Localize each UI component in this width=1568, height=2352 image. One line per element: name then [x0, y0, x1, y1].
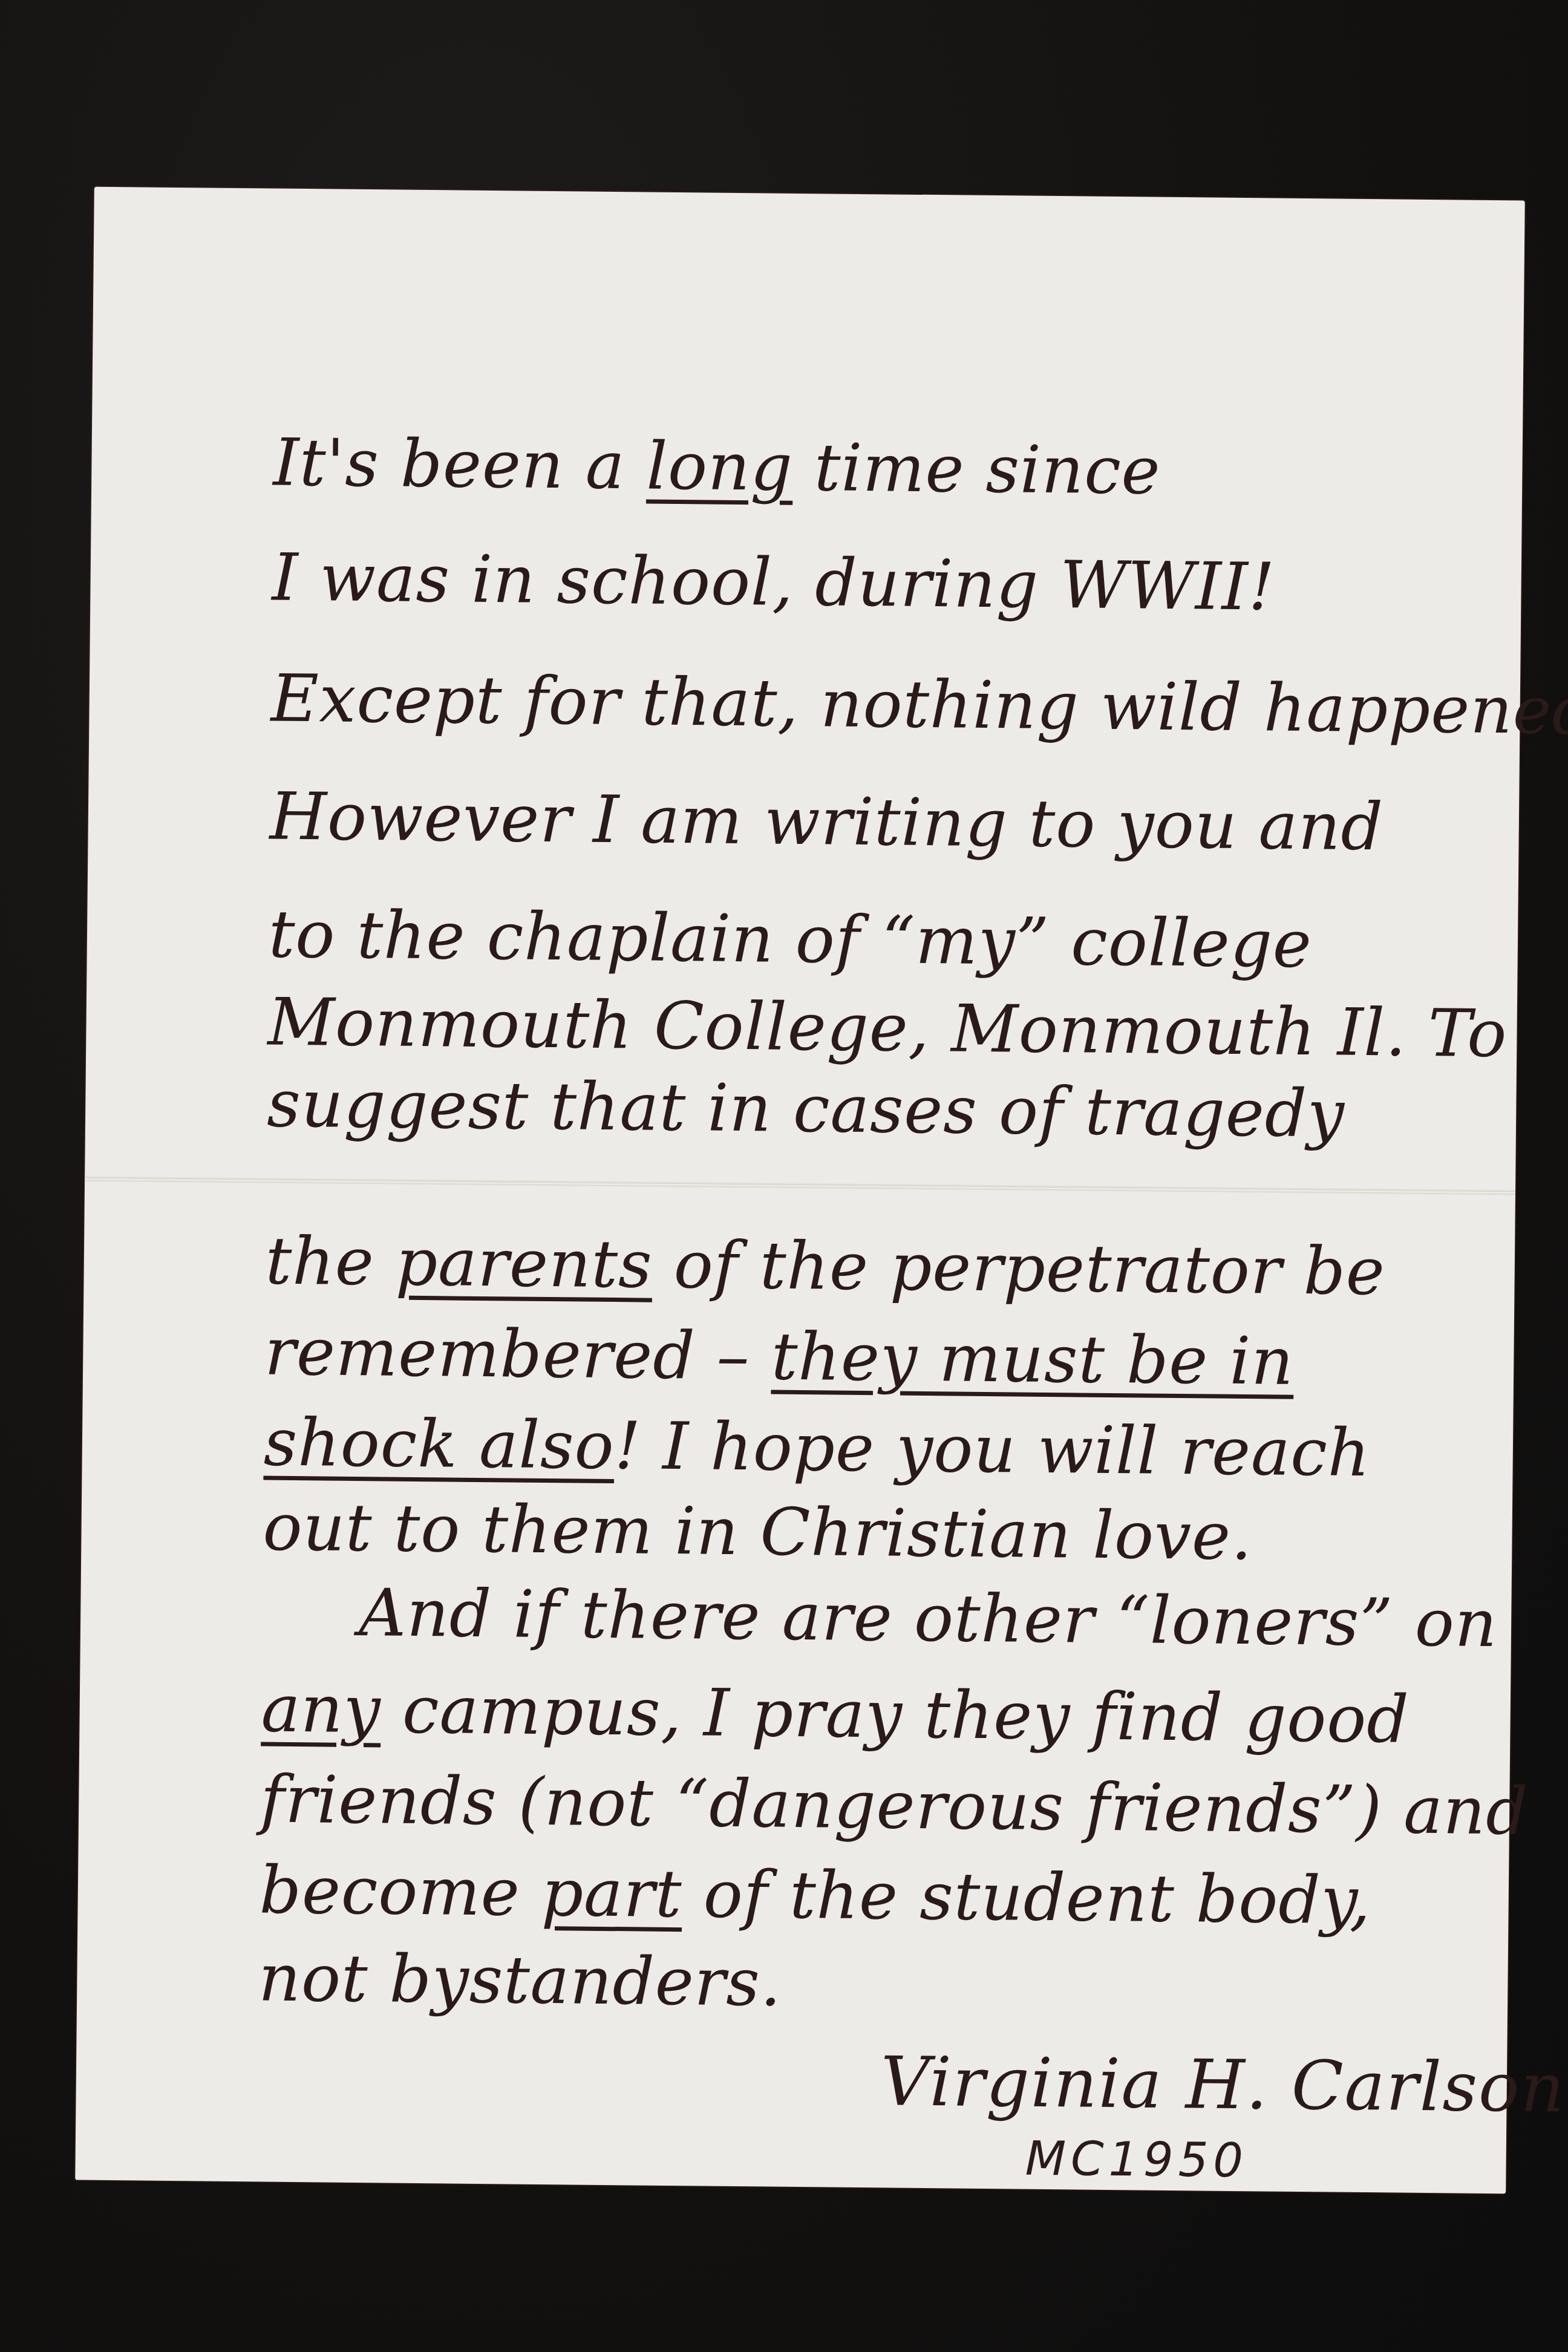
underlined-text: parents [395, 1225, 653, 1303]
text-segment: to the chaplain of “my” college [268, 897, 1312, 983]
letter-line-14: friends (not “dangerous friends”) and [260, 1767, 1529, 1844]
text-segment: ! I hope you will reach [614, 1408, 1371, 1491]
letter-line-16: not bystanders. [258, 1945, 782, 2016]
letter-line-10: shock also! I hope you will reach [263, 1411, 1371, 1487]
text-segment: campus, I pray they find good [381, 1672, 1410, 1757]
text-segment: And if there are other “loners” on [359, 1575, 1498, 1662]
underlined-text: shock also [263, 1405, 615, 1485]
text-segment: out to them in Christian love. [263, 1490, 1253, 1575]
text-segment: not bystanders. [258, 1940, 782, 2020]
text-segment: Monmouth College, Monmouth Il. To [267, 985, 1508, 1073]
letter-line-2: I was in school, during WWII! [272, 546, 1275, 621]
underlined-text: part [541, 1855, 682, 1932]
letter-line-15: become part of the student body, [259, 1858, 1371, 1934]
text-segment: suggest that in cases of tragedy [267, 1067, 1345, 1152]
text-segment: the [265, 1224, 396, 1301]
letter-line-6: Monmouth College, Monmouth Il. To [267, 990, 1508, 1068]
underlined-text: long [646, 429, 793, 506]
letter-line-1: It's been a long time since [273, 431, 1161, 505]
signature: Virginia H. Carlson [880, 2042, 1566, 2128]
letter-line-12: And if there are other “loners” on [359, 1581, 1498, 1657]
text-segment: become [259, 1852, 541, 1930]
text-segment: time since [792, 430, 1161, 509]
underlined-text: they must be in [771, 1319, 1294, 1400]
letter-line-3: Except for that, nothing wild happened. [270, 667, 1568, 745]
text-segment: of the perpetrator be [652, 1227, 1386, 1310]
text-segment: However I am writing to you and [269, 779, 1383, 866]
text-segment: Except for that, nothing wild happened. [270, 661, 1568, 750]
letter-line-8: the parents of the perpetrator be [265, 1229, 1385, 1305]
letter-line-9: remembered – they must be in [264, 1320, 1294, 1395]
letter-line-7: suggest that in cases of tragedy [267, 1072, 1345, 1148]
letter-line-5: to the chaplain of “my” college [268, 903, 1312, 978]
letter-paper: It's been a long time since I was in sch… [75, 187, 1525, 2194]
text-segment: I was in school, during WWII! [272, 540, 1275, 626]
letter-line-11: out to them in Christian love. [263, 1495, 1253, 1570]
text-segment: remembered – [264, 1315, 772, 1395]
text-segment: It's been a [273, 425, 647, 505]
letter-body: It's been a long time since I was in sch… [75, 187, 1525, 2194]
class-year: MC1950 [1025, 2132, 1248, 2189]
text-segment: of the student body, [682, 1857, 1371, 1939]
letter-line-13: any campus, I pray they find good [261, 1676, 1410, 1753]
underlined-text: any [261, 1671, 381, 1748]
letter-line-4: However I am writing to you and [269, 785, 1383, 861]
text-segment: friends (not “dangerous friends”) and [260, 1762, 1529, 1849]
